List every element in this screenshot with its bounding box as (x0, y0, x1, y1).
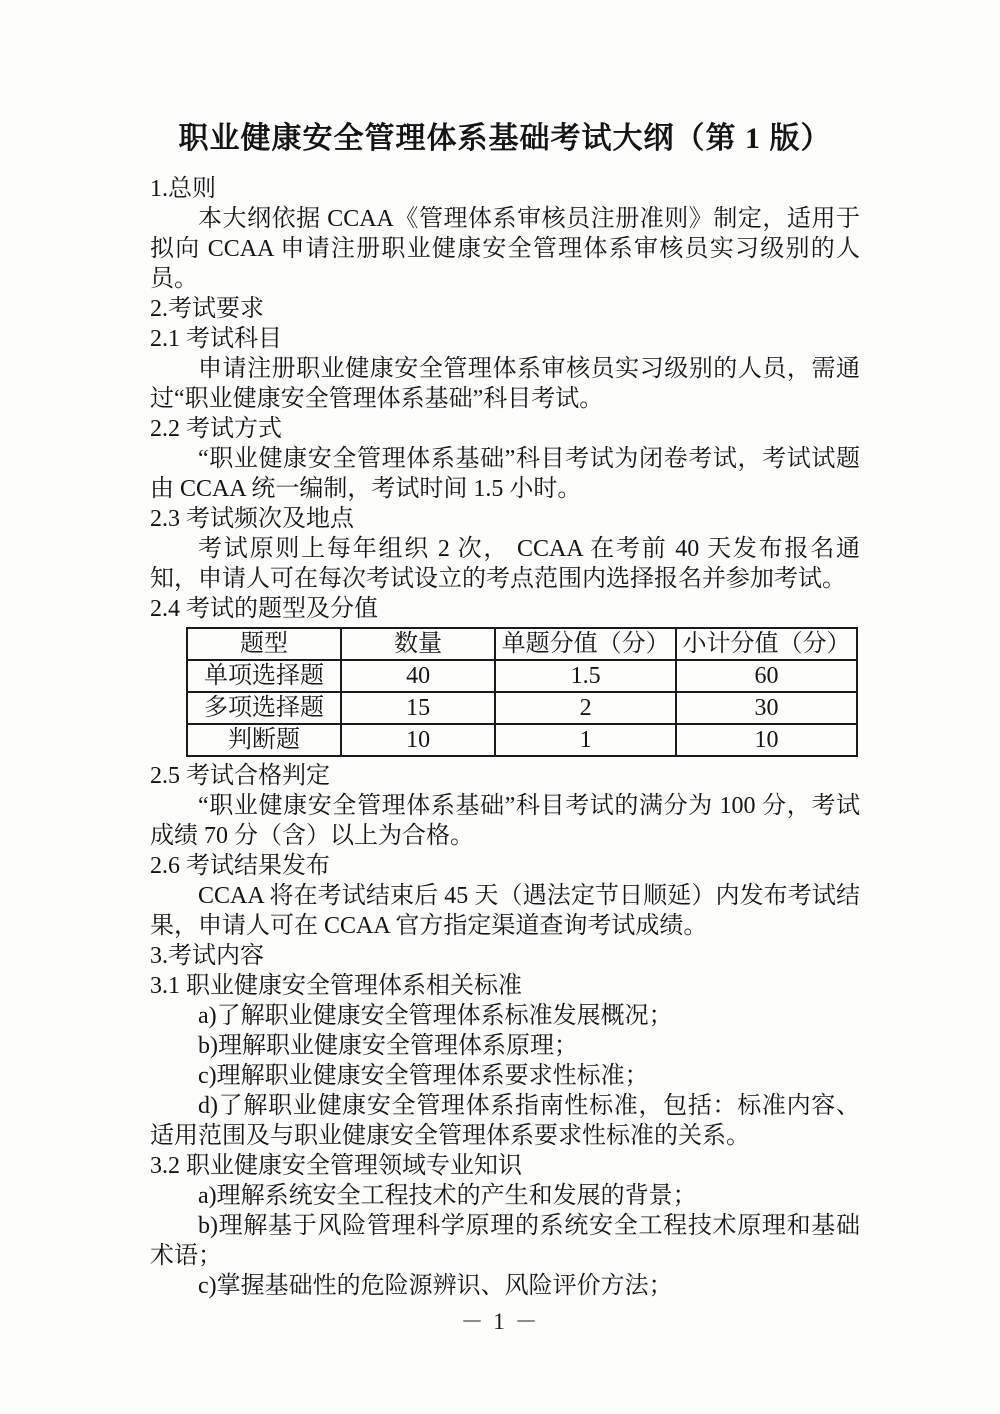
table-header-quantity: 数量 (341, 628, 495, 660)
section-heading-2-5: 2.5 考试合格判定 (150, 761, 860, 791)
paragraph-2-3: 考试原则上每年组织 2 次， CCAA 在考前 40 天发布报名通知，申请人可在… (150, 534, 860, 594)
section-heading-3: 3.考试内容 (150, 941, 860, 971)
table-row: 判断题 10 1 10 (187, 724, 857, 756)
list-item-3-2-a: a)理解系统安全工程技术的产生和发展的背景； (150, 1181, 860, 1211)
section-heading-2: 2.考试要求 (150, 294, 860, 324)
table-cell: 15 (341, 692, 495, 724)
table-cell: 判断题 (187, 724, 341, 756)
table-header-subtotal: 小计分值（分） (676, 628, 857, 660)
table-row: 多项选择题 15 2 30 (187, 692, 857, 724)
page-title: 职业健康安全管理体系基础考试大纲（第 1 版） (150, 120, 860, 158)
paragraph-2-5: “职业健康安全管理体系基础”科目考试的满分为 100 分，考试成绩 70 分（含… (150, 791, 860, 851)
section-heading-2-1: 2.1 考试科目 (150, 324, 860, 354)
section-heading-3-2: 3.2 职业健康安全管理领域专业知识 (150, 1151, 860, 1181)
paragraph-overview: 本大纲依据 CCAA《管理体系审核员注册准则》制定，适用于拟向 CCAA 申请注… (150, 204, 860, 294)
list-item-3-2-c: c)掌握基础性的危险源辨识、风险评价方法； (150, 1271, 860, 1301)
list-item-3-2-b: b)理解基于风险管理科学原理的系统安全工程技术原理和基础术语； (150, 1211, 860, 1271)
table-cell: 30 (676, 692, 857, 724)
question-type-score-table: 题型 数量 单题分值（分） 小计分值（分） 单项选择题 40 1.5 60 多项… (186, 627, 858, 757)
section-heading-3-1: 3.1 职业健康安全管理体系相关标准 (150, 971, 860, 1001)
table-cell: 1.5 (495, 660, 676, 692)
section-heading-2-4: 2.4 考试的题型及分值 (150, 594, 860, 624)
paragraph-2-1: 申请注册职业健康安全管理体系审核员实习级别的人员，需通过“职业健康安全管理体系基… (150, 354, 860, 414)
table-cell: 60 (676, 660, 857, 692)
paragraph-2-6: CCAA 将在考试结束后 45 天（遇法定节日顺延）内发布考试结果，申请人可在 … (150, 881, 860, 941)
list-item-3-1-c: c)理解职业健康安全管理体系要求性标准； (150, 1061, 860, 1091)
table-cell: 2 (495, 692, 676, 724)
section-heading-2-6: 2.6 考试结果发布 (150, 851, 860, 881)
table-cell: 40 (341, 660, 495, 692)
table-row: 单项选择题 40 1.5 60 (187, 660, 857, 692)
table-header-question-type: 题型 (187, 628, 341, 660)
table-header-row: 题型 数量 单题分值（分） 小计分值（分） (187, 628, 857, 660)
list-item-3-1-b: b)理解职业健康安全管理体系原理； (150, 1031, 860, 1061)
document-page: 职业健康安全管理体系基础考试大纲（第 1 版） 1.总则 本大纲依据 CCAA《… (0, 0, 1000, 1414)
section-heading-1: 1.总则 (150, 174, 860, 204)
list-item-3-1-d: d)了解职业健康安全管理体系指南性标准，包括：标准内容、适用范围及与职业健康安全… (150, 1091, 860, 1151)
table-cell: 10 (341, 724, 495, 756)
table-cell: 10 (676, 724, 857, 756)
table-header-per-score: 单题分值（分） (495, 628, 676, 660)
list-item-3-1-a: a)了解职业健康安全管理体系标准发展概况； (150, 1001, 860, 1031)
section-heading-2-3: 2.3 考试频次及地点 (150, 504, 860, 534)
page-number: － 1 － (0, 1303, 1000, 1336)
section-heading-2-2: 2.2 考试方式 (150, 414, 860, 444)
table-cell: 单项选择题 (187, 660, 341, 692)
table-cell: 1 (495, 724, 676, 756)
paragraph-2-2: “职业健康安全管理体系基础”科目考试为闭卷考试，考试试题由 CCAA 统一编制，… (150, 444, 860, 504)
table-cell: 多项选择题 (187, 692, 341, 724)
